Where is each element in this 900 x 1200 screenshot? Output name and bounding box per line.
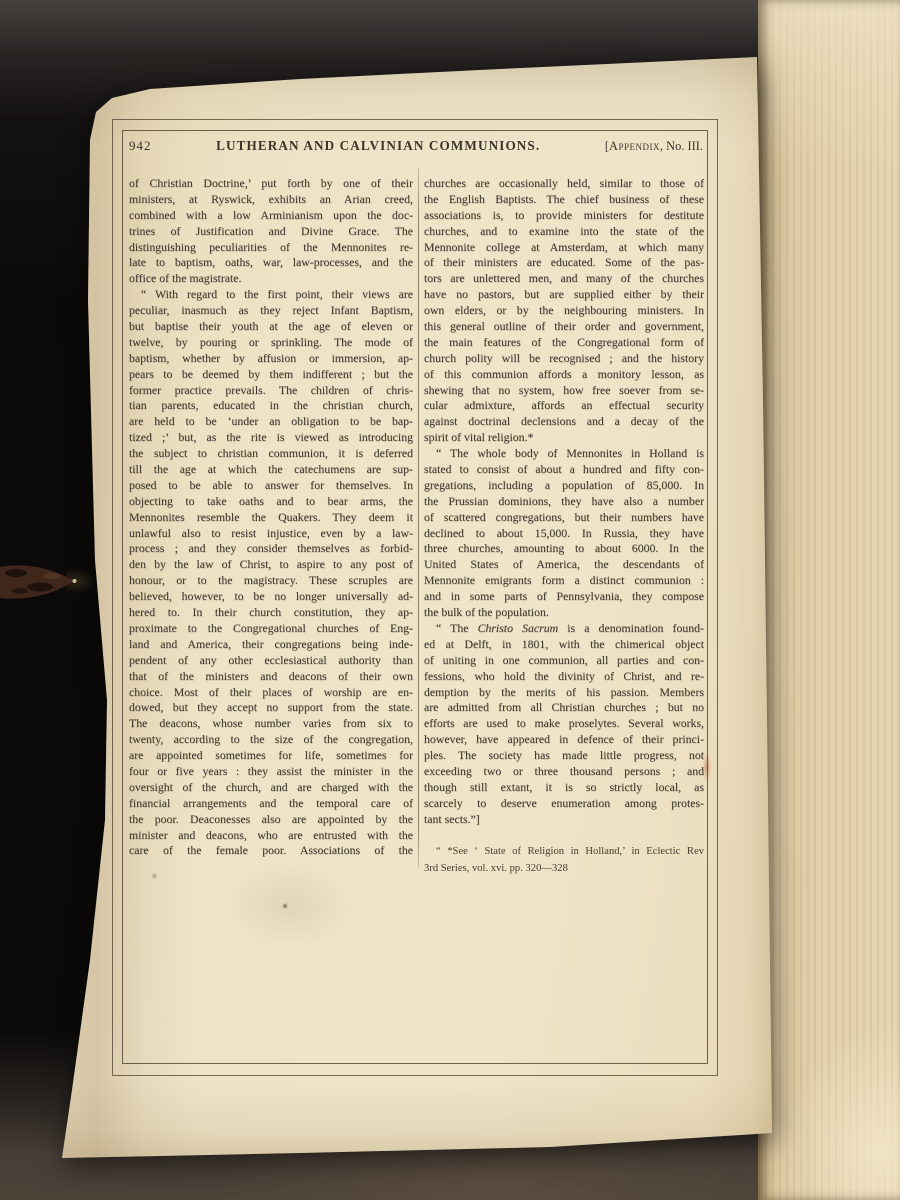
text-line: the main features of the Congregational … bbox=[424, 335, 704, 351]
text-line: of uniting in one communion, all parties… bbox=[424, 653, 704, 669]
text-line: The deacons, whose number varies from si… bbox=[129, 716, 413, 732]
text-line: of this communion affords a monitory les… bbox=[424, 367, 704, 383]
text-line: cular admixture, affords an effectual se… bbox=[424, 398, 704, 414]
text-line: minister and deacons, who are entrusted … bbox=[129, 828, 413, 844]
text-line: fessions, who hold the divinity of Chris… bbox=[424, 669, 704, 685]
scanned-book-photo: 942 LUTHERAN AND CALVINIAN COMMUNIONS. [… bbox=[0, 0, 900, 1200]
text-line: combined with a low Arminianism upon the… bbox=[129, 208, 413, 224]
text-line: financial arrangements and the temporal … bbox=[129, 796, 413, 812]
text-line: the bulk of the population. bbox=[424, 605, 704, 621]
text-line: tors are unlettered men, and many of the… bbox=[424, 271, 704, 287]
text-line: the subject to christian communion, it i… bbox=[129, 446, 413, 462]
text-column-left: of Christian Doctrine,’ put forth by one… bbox=[129, 176, 413, 859]
bookmark-tip bbox=[0, 560, 80, 604]
text-line: are held to be ‘under an obligation to b… bbox=[129, 414, 413, 430]
text-line: “ *See ‘ State of Religion in Holland,’ … bbox=[424, 844, 704, 861]
page-speck bbox=[282, 903, 288, 909]
text-line: objecting to take oaths and to bear arms… bbox=[129, 494, 413, 510]
text-line: are admitted from all Christian churches… bbox=[424, 700, 704, 716]
text-line: tant sects.”] bbox=[424, 812, 704, 828]
text-line: late to baptism, oaths, war, law-process… bbox=[129, 255, 413, 271]
text-line: however, have appeared in defence of the… bbox=[424, 732, 704, 748]
text-line: peculiar, inasmuch as they reject Infant… bbox=[129, 303, 413, 319]
appendix-label: [Appendix, No. III. bbox=[605, 139, 703, 154]
text-line: scarcely to deserve enumeration among pr… bbox=[424, 796, 704, 812]
text-line: have no pastors, but are supplied either… bbox=[424, 287, 704, 303]
text-line: four or five years : they assist the min… bbox=[129, 764, 413, 780]
text-line: but baptise their youth at the age of el… bbox=[129, 319, 413, 335]
text-line: pears to be deemed by them indifferent ;… bbox=[129, 367, 413, 383]
book-page: 942 LUTHERAN AND CALVINIAN COMMUNIONS. [… bbox=[0, 0, 900, 1200]
text-line: the poor. Deaconesses also are appointed… bbox=[129, 812, 413, 828]
text-line: trines of Justification and Divine Grace… bbox=[129, 224, 413, 240]
text-line: till the age at which the catechumens ar… bbox=[129, 462, 413, 478]
bookmark-tip-graphic bbox=[0, 560, 80, 604]
text-line: “ With regard to the first point, their … bbox=[129, 287, 413, 303]
text-line: hered to. In their church constitution, … bbox=[129, 605, 413, 621]
text-line: are appointed sometimes for life, someti… bbox=[129, 748, 413, 764]
text-line: United States of America, the descendant… bbox=[424, 557, 704, 573]
text-line: process ; and they consider themselves a… bbox=[129, 541, 413, 557]
text-line: demption by the merits of his passion. M… bbox=[424, 685, 704, 701]
text-line: Mennonite college at Amsterdam, at which… bbox=[424, 240, 704, 256]
text-line: and in some parts of Pennsylvania, they … bbox=[424, 589, 704, 605]
text-line: oversight of the church, and are charged… bbox=[129, 780, 413, 796]
text-line: twenty, according to the size of the con… bbox=[129, 732, 413, 748]
text-line: shewing that no system, how free soever … bbox=[424, 383, 704, 399]
book-page-wrapper: 942 LUTHERAN AND CALVINIAN COMMUNIONS. [… bbox=[0, 0, 900, 1200]
text-line: spirit of vital religion.* bbox=[424, 430, 704, 446]
text-line: of scattered congregations, but their nu… bbox=[424, 510, 704, 526]
text-line: of Christian Doctrine,’ put forth by one… bbox=[129, 176, 413, 192]
text-line: gregations, including a population of 85… bbox=[424, 478, 704, 494]
text-line: proximate to the Congregational churches… bbox=[129, 621, 413, 637]
text-line: den by the law of Christ, to aspire to a… bbox=[129, 557, 413, 573]
text-line: care of the female poor. Associations of… bbox=[129, 843, 413, 859]
text-line: twelve, by pouring or sprinkling. The mo… bbox=[129, 335, 413, 351]
text-line: believed, however, to be no longer unive… bbox=[129, 589, 413, 605]
text-line: baptism, whether by affusion or immersio… bbox=[129, 351, 413, 367]
text-line: own elders, or by the neighbouring minis… bbox=[424, 303, 704, 319]
text-line: of their ministers are educated. Some of… bbox=[424, 255, 704, 271]
text-line: though still extant, it is so strictly l… bbox=[424, 780, 704, 796]
text-line: office of the magistrate. bbox=[129, 271, 413, 287]
text-line: 3rd Series, vol. xvi. pp. 320—328 bbox=[424, 861, 704, 878]
text-line: stated to consist of about a hundred and… bbox=[424, 462, 704, 478]
appendix-word: Appendix bbox=[609, 139, 660, 153]
text-line: declined to about 15,000. In Russia, the… bbox=[424, 526, 704, 542]
text-line: tian parents, educated in the christian … bbox=[129, 398, 413, 414]
text-line: honour, or to the magistracy. These scru… bbox=[129, 573, 413, 589]
text-line: tized ;’ but, as the rite is viewed as i… bbox=[129, 430, 413, 446]
column-divider-rule bbox=[418, 168, 419, 868]
text-line: dowed, but they accept no support from t… bbox=[129, 700, 413, 716]
text-line: land and America, their congregations be… bbox=[129, 637, 413, 653]
text-line: former practice prevails. The children o… bbox=[129, 383, 413, 399]
text-line: ples. The society has made little progre… bbox=[424, 748, 704, 764]
text-line: efforts are used to make proselytes. Sev… bbox=[424, 716, 704, 732]
text-column-right: churches are occasionally held, similar … bbox=[424, 176, 704, 828]
text-line: church polity will be recognised ; and t… bbox=[424, 351, 704, 367]
text-line: posed to be able to answer for themselve… bbox=[129, 478, 413, 494]
text-line: churches, and to examine into the state … bbox=[424, 224, 704, 240]
page-speck bbox=[152, 872, 157, 880]
text-line: choice. Most of their places of worship … bbox=[129, 685, 413, 701]
text-line: churches are occasionally held, similar … bbox=[424, 176, 704, 192]
text-line: ministers, at Ryswick, exhibits an Arian… bbox=[129, 192, 413, 208]
page-header: 942 LUTHERAN AND CALVINIAN COMMUNIONS. [… bbox=[129, 138, 703, 156]
page-number: 942 bbox=[129, 138, 152, 154]
text-line: associations is, to provide ministers fo… bbox=[424, 208, 704, 224]
text-line: “ The Christo Sacrum is a denomination f… bbox=[424, 621, 704, 637]
running-title: LUTHERAN AND CALVINIAN COMMUNIONS. bbox=[216, 138, 540, 154]
text-line: distinguishing peculiarities of the Menn… bbox=[129, 240, 413, 256]
text-line: three churches, amounting to about 6000.… bbox=[424, 541, 704, 557]
footnote: “ *See ‘ State of Religion in Holland,’ … bbox=[424, 844, 704, 877]
text-line: Mennonites resemble the Quakers. They de… bbox=[129, 510, 413, 526]
text-line: against doctrinal declensions and a deca… bbox=[424, 414, 704, 430]
text-line: pendent of any other ecclesiastical auth… bbox=[129, 653, 413, 669]
appendix-number: , No. III. bbox=[660, 139, 703, 153]
page-stain bbox=[703, 752, 711, 782]
text-line: Mennonite emigrants form a distinct comm… bbox=[424, 573, 704, 589]
text-line: “ The whole body of Mennonites in Hollan… bbox=[424, 446, 704, 462]
text-line: unlawful also to resist injustice, even … bbox=[129, 526, 413, 542]
text-line: the English Baptists. The chief business… bbox=[424, 192, 704, 208]
text-line: the Prussian dominions, they have also a… bbox=[424, 494, 704, 510]
text-line: that of the ministers and deacons of the… bbox=[129, 669, 413, 685]
text-line: exceeding two or three thousand persons … bbox=[424, 764, 704, 780]
text-line: this general outline of their order and … bbox=[424, 319, 704, 335]
text-line: ed at Delft, in 1801, with the chimerica… bbox=[424, 637, 704, 653]
